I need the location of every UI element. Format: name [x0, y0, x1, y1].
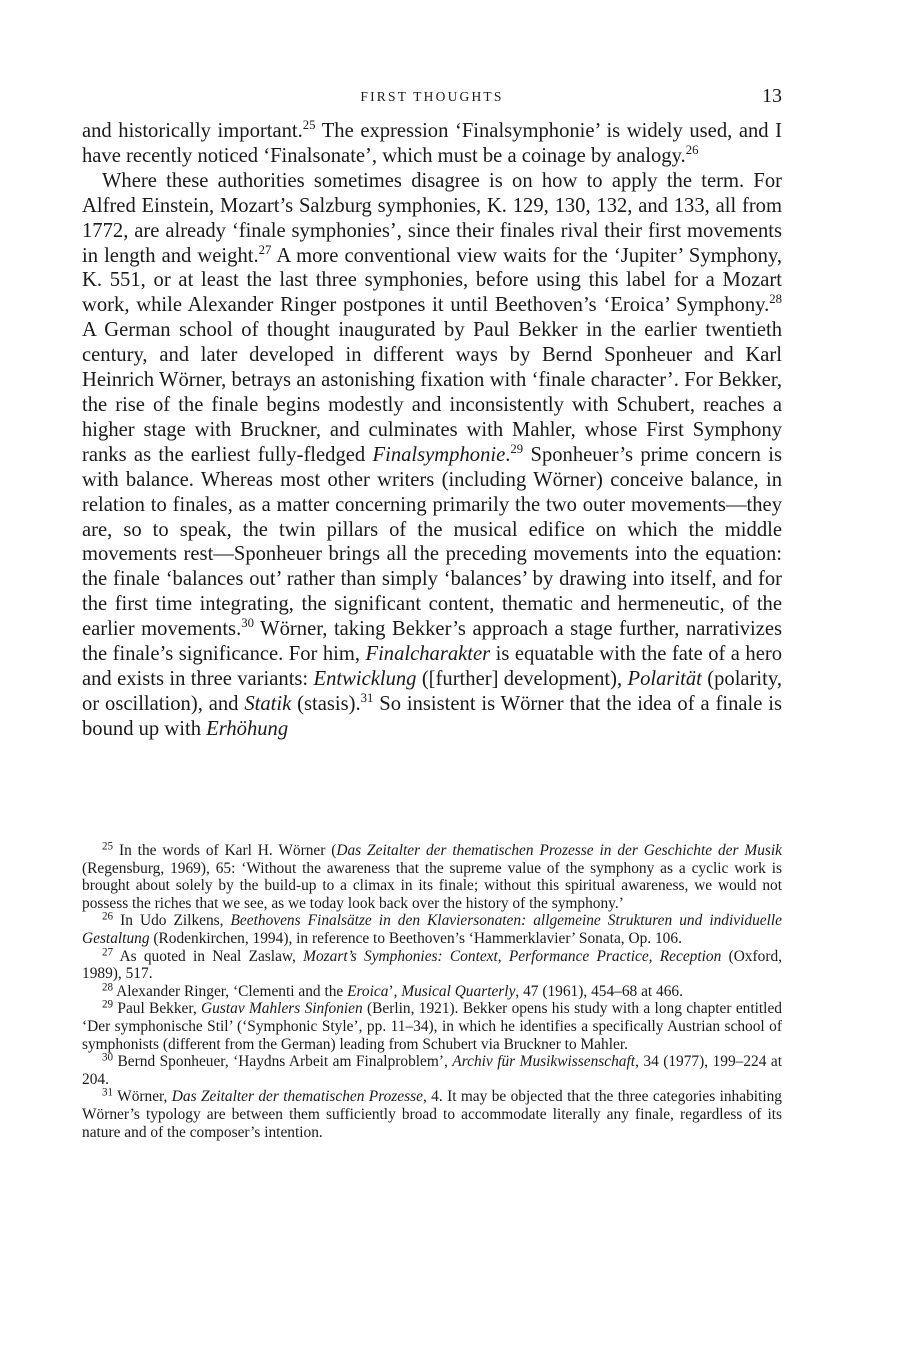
body-paragraph: and historically important.25 The expres…: [82, 119, 782, 169]
text-run: Bernd Sponheuer, ‘Haydns Arbeit am Final…: [113, 1053, 452, 1070]
italic-text: Polarität: [628, 668, 702, 690]
italic-text: Archiv für Musikwissenschaft: [452, 1053, 635, 1070]
text-run: In the words of Karl H. Wörner (: [113, 842, 336, 859]
body-text: and historically important.25 The expres…: [82, 119, 782, 742]
text-run: As quoted in Neal Zaslaw,: [113, 948, 303, 965]
italic-text: Das Zeitalter der thematischen Prozesse: [172, 1088, 423, 1105]
text-run: (stasis).: [291, 693, 360, 715]
footnote-number: 27: [102, 946, 113, 958]
footnote-27: 27 As quoted in Neal Zaslaw, Mozart’s Sy…: [82, 948, 782, 983]
footnote-31: 31 Wörner, Das Zeitalter der thematische…: [82, 1088, 782, 1141]
footnote-reference: 25: [303, 118, 316, 132]
footnote-29: 29 Paul Bekker, Gustav Mahlers Sinfonien…: [82, 1000, 782, 1053]
page-number: 13: [762, 85, 782, 108]
footnote-number: 26: [102, 911, 113, 923]
footnote-reference: 30: [241, 616, 254, 630]
text-run: ’,: [388, 983, 401, 1000]
text-run: Spon­heuer’s prime concern is with balan…: [82, 444, 782, 640]
footnote-reference: 26: [686, 143, 699, 157]
running-head: FIRST THOUGHTS 13: [82, 86, 782, 108]
footnote-reference: 27: [259, 243, 272, 257]
italic-text: Eroica: [347, 983, 388, 1000]
text-run: In Udo Zilkens,: [113, 912, 230, 929]
text-run: Alexander Ringer, ‘Clementi and the: [113, 983, 347, 1000]
body-paragraph: Where these authorities sometimes disagr…: [82, 169, 782, 742]
italic-text: Das Zeitalter der thematischen Prozesse …: [336, 842, 782, 859]
italic-text: Statik: [244, 693, 291, 715]
italic-text: Mozart’s Symphonies: Context, Performanc…: [303, 948, 721, 965]
text-run: Wörner,: [113, 1088, 172, 1105]
italic-text: Musical Quarterly: [401, 983, 515, 1000]
text-run: and historically important.: [82, 120, 303, 142]
footnote-number: 28: [102, 981, 113, 993]
footnotes: 25 In the words of Karl H. Wörner (Das Z…: [82, 842, 782, 1141]
footnote-number: 25: [102, 840, 113, 852]
footnote-reference: 31: [361, 691, 374, 705]
italic-text: Gustav Mahlers Sinfonien: [201, 1000, 363, 1017]
footnote-30: 30 Bernd Sponheuer, ‘Haydns Arbeit am Fi…: [82, 1053, 782, 1088]
footnote-reference: 28: [769, 292, 782, 306]
footnote-25: 25 In the words of Karl H. Wörner (Das Z…: [82, 842, 782, 912]
text-run: (Rodenkirchen, 1994), in reference to Be…: [150, 930, 682, 947]
footnote-reference: 29: [510, 442, 523, 456]
footnote-number: 30: [102, 1052, 113, 1064]
text-run: , 47 (1961), 454–68 at 466.: [515, 983, 683, 1000]
text-run: Paul Bekker,: [113, 1000, 201, 1017]
running-title: FIRST THOUGHTS: [82, 89, 782, 105]
text-run: ([further] development),: [416, 668, 627, 690]
footnote-number: 31: [102, 1087, 113, 1099]
footnote-number: 29: [102, 999, 113, 1011]
text-run: (Regensburg, 1969), 65: ‘Without the awa…: [82, 860, 782, 912]
italic-text: Erhöhung: [206, 718, 288, 740]
footnote-28: 28 Alexander Ringer, ‘Clementi and the E…: [82, 983, 782, 1001]
italic-text: Finalsymphonie: [373, 444, 506, 466]
footnote-26: 26 In Udo Zilkens, Beethovens Finalsätze…: [82, 912, 782, 947]
italic-text: Entwicklung: [314, 668, 417, 690]
italic-text: Finalcharakter: [366, 643, 491, 665]
